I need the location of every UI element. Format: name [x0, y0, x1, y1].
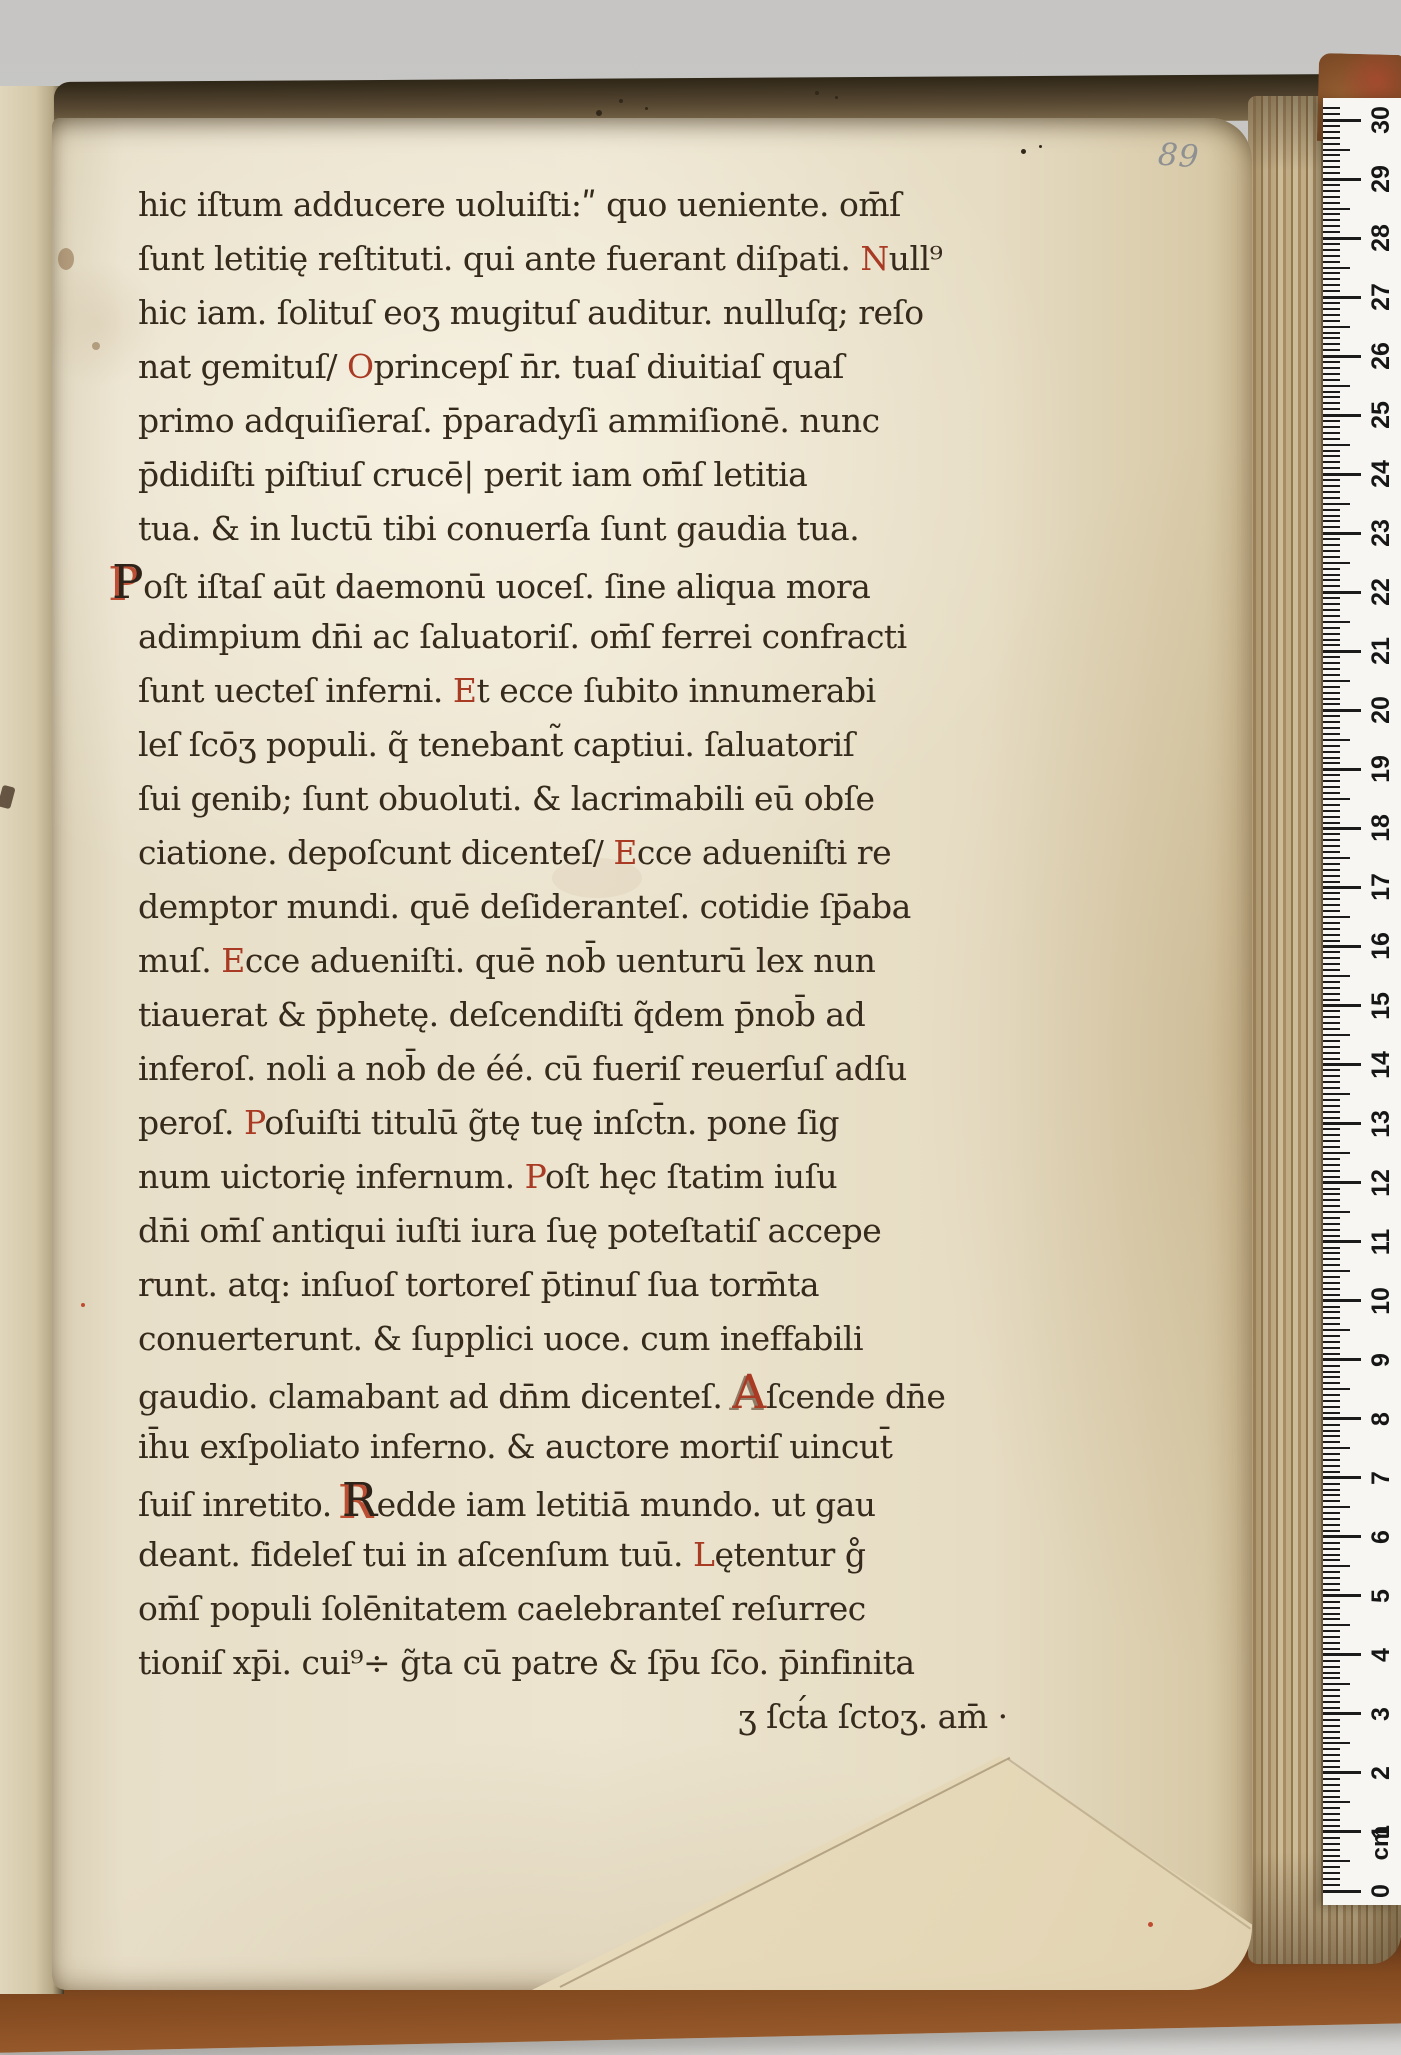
ruler-tick [1323, 1240, 1361, 1243]
ruler-tick [1323, 1589, 1340, 1591]
manuscript-line-15: muſ. Ecce adueniſti. quē nob̄ uenturū le… [138, 934, 1058, 988]
ruler-tick [1323, 574, 1340, 576]
ruler-tick [1323, 1417, 1361, 1420]
ruler-tick [1323, 343, 1340, 345]
ruler-tick [1323, 249, 1340, 251]
manuscript-text: t ecce ſubito innumerabi [476, 671, 875, 710]
ruler-tick [1323, 1199, 1340, 1201]
manuscript-text: tioniſ xp̄i. cui⁹÷ g̃ta cū patre & ſp̄u … [138, 1643, 915, 1682]
manuscript-text: ſuiſ inretito. [138, 1485, 342, 1524]
ruler-tick [1323, 473, 1361, 476]
manuscript-line-24: ih̄u exſpoliato inferno. & auctore morti… [138, 1420, 1058, 1474]
ruler-tick [1323, 131, 1340, 133]
ruler-tick [1323, 1672, 1340, 1674]
ruler-tick [1323, 154, 1340, 156]
ruler-tick [1323, 1188, 1340, 1190]
ruler-tick [1323, 1784, 1340, 1786]
manuscript-line-3: hic iam. ſolituſ eoʒ mugituſ auditur. nu… [138, 286, 1058, 340]
ruler-tick [1323, 804, 1340, 806]
rubric-initial: N [860, 239, 888, 278]
ruler-tick [1323, 1559, 1340, 1561]
ruler-tick [1323, 1518, 1340, 1520]
ruler-tick [1323, 934, 1340, 936]
ruler-tick [1323, 1205, 1340, 1207]
ruler-tick [1323, 125, 1340, 127]
manuscript-text: inferoſ. noli a nob̄ de éé. cū fueriſ re… [138, 1049, 907, 1088]
ruler-tick [1323, 1235, 1340, 1237]
ruler-tick [1323, 969, 1340, 971]
ruler-tick [1323, 1677, 1340, 1679]
ruler-tick [1323, 1535, 1361, 1538]
ruler-tick [1323, 113, 1340, 115]
ruler-tick [1323, 1689, 1340, 1691]
ruler-tick [1323, 951, 1340, 953]
ruler-tick [1323, 255, 1340, 257]
ruler-number-16: 16 [1368, 928, 1394, 964]
ruler-tick [1323, 1866, 1340, 1868]
ruler-tick [1323, 1382, 1340, 1384]
ruler-tick [1323, 1719, 1340, 1721]
manuscript-text: adimpium dn̄i ac ſaluatoriſ. om̄ſ ferrei… [138, 617, 907, 656]
ruler-tick [1323, 1128, 1340, 1130]
ruler-tick [1323, 172, 1340, 174]
manuscript-text: hic iam. ſolituſ eoʒ mugituſ auditur. nu… [138, 293, 924, 332]
manuscript-text: deant. fideleſ tui in aſcenſum tuū. [138, 1535, 693, 1574]
ruler-tick [1323, 385, 1350, 387]
ruler-tick [1323, 532, 1361, 535]
rubric-initial: E [613, 833, 637, 872]
ruler-tick [1323, 1860, 1350, 1862]
ink-speck [1039, 145, 1042, 148]
ruler-tick [1323, 361, 1340, 363]
ruler-tick [1323, 703, 1340, 705]
ruler-tick [1323, 1571, 1340, 1573]
ruler-tick [1323, 450, 1340, 452]
ruler-tick [1323, 1093, 1350, 1095]
manuscript-line-21: runt. atq: inſuoſ tortoreſ p̄tinuſ ſua t… [138, 1258, 1058, 1312]
ruler-number-13: 13 [1368, 1106, 1394, 1142]
facing-page-ink-mark [0, 785, 16, 810]
ruler-tick [1323, 957, 1340, 959]
ruler-tick [1323, 432, 1340, 434]
ruler-tick [1323, 1748, 1340, 1750]
manuscript-text: demptor mundi. quē deſideranteſ. cotidie… [138, 887, 911, 926]
ruler-tick [1323, 278, 1340, 280]
ruler-tick [1323, 1577, 1340, 1579]
ruler-tick [1323, 839, 1340, 841]
ruler-tick [1323, 1258, 1340, 1260]
ruler-number-26: 26 [1368, 338, 1394, 374]
ruler-number-0: 0 [1368, 1873, 1394, 1909]
ruler-tick [1323, 833, 1340, 835]
ruler-tick [1323, 538, 1340, 540]
ruler-tick [1323, 1311, 1340, 1313]
manuscript-text: oſt hęc ſtatim iuſu [545, 1157, 837, 1196]
ruler-tick [1323, 1329, 1350, 1331]
manuscript-line-10: ſunt uecteſ inferni. Et ecce ſubito innu… [138, 664, 1058, 718]
ruler-tick [1323, 1358, 1361, 1361]
ruler-tick [1323, 585, 1340, 587]
ruler-tick [1323, 945, 1361, 948]
manuscript-line-28: tioniſ xp̄i. cui⁹÷ g̃ta cū patre & ſp̄u … [138, 1636, 1058, 1690]
ruler-number-15: 15 [1368, 988, 1394, 1024]
ruler-tick [1323, 1642, 1340, 1644]
ruler-tick [1323, 1459, 1340, 1461]
ruler-tick [1323, 1282, 1340, 1284]
ink-speck [645, 107, 648, 110]
ruler-tick [1323, 1406, 1340, 1408]
ruler-tick [1323, 1247, 1340, 1249]
ruler-tick [1323, 178, 1361, 181]
ruler-tick [1323, 709, 1361, 712]
ruler-tick [1323, 993, 1340, 995]
ruler-tick [1323, 686, 1340, 688]
ruler-tick [1323, 798, 1350, 800]
manuscript-line-17: inferoſ. noli a nob̄ de éé. cū fueriſ re… [138, 1042, 1058, 1096]
manuscript-text: ſcende dn̄e [766, 1377, 946, 1416]
ruler-tick [1323, 1371, 1340, 1373]
manuscript-line-4: nat gemituſ/ Oprincepſ n̄r. tuaſ diuitia… [138, 340, 1058, 394]
ruler-tick [1323, 1229, 1340, 1231]
ruler-tick [1323, 143, 1340, 145]
ruler-tick [1323, 1028, 1340, 1030]
ruler-tick [1323, 816, 1340, 818]
ruler-number-11: 11 [1368, 1224, 1394, 1260]
ruler-tick [1323, 1500, 1340, 1502]
ruler-tick [1323, 1117, 1340, 1119]
manuscript-line-12: ſui genib; ſunt obuoluti. & lacrimabili … [138, 772, 1058, 826]
ruler-tick [1323, 568, 1340, 570]
ruler-tick [1323, 1760, 1340, 1762]
manuscript-line-29: ʒ ſct́a ſctoʒ. am̄ · [138, 1690, 1058, 1744]
rubric-initial: R [342, 1473, 377, 1528]
ruler-tick [1323, 1512, 1340, 1514]
ruler-tick [1323, 337, 1340, 339]
ruler-tick [1323, 739, 1350, 741]
ruler-tick [1323, 810, 1340, 812]
ruler-tick [1323, 479, 1340, 481]
ruler-tick [1323, 520, 1340, 522]
ruler-tick [1323, 851, 1340, 853]
ruler-tick [1323, 1489, 1340, 1491]
ruler-tick [1323, 1465, 1340, 1467]
ruler-tick [1323, 845, 1340, 847]
manuscript-line-27: om̄ſ populi ſolēnitatem caelebranteſ reſ… [138, 1582, 1058, 1636]
ruler-tick [1323, 219, 1340, 221]
ruler-tick [1323, 1453, 1340, 1455]
ruler-tick [1323, 1270, 1350, 1272]
ruler-tick [1323, 615, 1340, 617]
ruler-tick [1323, 1276, 1340, 1278]
ink-speck [815, 91, 819, 95]
manuscript-text: muſ. [138, 941, 221, 980]
ruler-number-9: 9 [1368, 1342, 1394, 1378]
ruler-tick [1323, 1181, 1361, 1184]
ruler-tick [1323, 1660, 1340, 1662]
ruler-tick [1323, 1813, 1340, 1815]
ruler-tick [1323, 715, 1340, 717]
manuscript-line-1: hic iſtum adducere uoluiſti:ʺ quo uenien… [138, 178, 1058, 232]
manuscript-text: dn̄i om̄ſ antiqui iuſti iura ſuę poteſta… [138, 1211, 881, 1250]
ruler-tick [1323, 1890, 1361, 1893]
manuscript-line-14: demptor mundi. quē deſideranteſ. cotidie… [138, 880, 1058, 934]
ruler-tick [1323, 1565, 1350, 1567]
ruler-tick [1323, 1335, 1340, 1337]
ruler-tick [1323, 544, 1340, 546]
ruler-tick [1323, 1046, 1340, 1048]
rubric-initial: O [347, 347, 374, 386]
manuscript-text: oſt iſtaſ aūt daemonū uoceſ. ſine aliqua… [143, 567, 870, 606]
ruler-tick [1323, 668, 1340, 670]
ruler-tick [1323, 503, 1350, 505]
ruler-tick [1323, 733, 1340, 735]
ruler-tick [1323, 308, 1340, 310]
manuscript-text: ull⁹ [889, 239, 943, 278]
ruler-tick [1323, 881, 1340, 883]
ruler-tick [1323, 1506, 1350, 1508]
ruler-tick [1323, 1441, 1340, 1443]
ruler-tick [1323, 1837, 1340, 1839]
ruler-tick [1323, 1878, 1340, 1880]
ruler-tick [1323, 455, 1340, 457]
ruler-tick [1323, 1435, 1340, 1437]
manuscript-text: cce adueniſti re [637, 833, 891, 872]
ruler-tick [1323, 786, 1340, 788]
ruler-tick [1323, 579, 1340, 581]
text-block: hic iſtum adducere uoluiſti:ʺ quo uenien… [138, 178, 1058, 1744]
ruler-tick [1323, 213, 1340, 215]
ruler-tick [1323, 1737, 1340, 1739]
ruler-tick [1323, 674, 1340, 676]
ruler-tick [1323, 597, 1340, 599]
ruler-tick [1323, 1624, 1350, 1626]
ruler-tick [1323, 1494, 1340, 1496]
manuscript-text: gaudio. clamabant ad dn̄m dicenteſ. [138, 1377, 732, 1416]
ruler-tick [1323, 556, 1340, 558]
ruler-tick [1323, 757, 1340, 759]
manuscript-line-16: tiauerat & p̄phetę. deſcendiſti q̃dem p̄… [138, 988, 1058, 1042]
ruler-number-23: 23 [1368, 515, 1394, 551]
parchment-page: hic iſtum adducere uoluiſti:ʺ quo uenien… [52, 118, 1252, 1990]
manuscript-line-8: Poſt iſtaſ aūt daemonū uoceſ. ſine aliqu… [138, 556, 1058, 610]
ruler-tick [1323, 1223, 1340, 1225]
ruler-tick [1323, 928, 1340, 930]
ruler-number-18: 18 [1368, 810, 1394, 846]
manuscript-text: ſui genib; ſunt obuoluti. & lacrimabili … [138, 779, 875, 818]
ruler-tick [1323, 149, 1350, 151]
ruler-tick [1323, 1607, 1340, 1609]
ruler-number-20: 20 [1368, 692, 1394, 728]
rubric-initial: P [112, 555, 143, 610]
ruler-tick [1323, 184, 1340, 186]
ruler-tick [1323, 609, 1340, 611]
ruler-tick [1323, 1388, 1350, 1390]
ruler-number-19: 19 [1368, 751, 1394, 787]
ruler-tick [1323, 290, 1340, 292]
ruler-number-22: 22 [1368, 574, 1394, 610]
ink-speck [619, 99, 623, 103]
ruler-tick [1323, 981, 1340, 983]
ruler-tick [1323, 302, 1340, 304]
ruler-tick [1323, 1825, 1340, 1827]
ruler-tick [1323, 1483, 1340, 1485]
manuscript-text: ętentur g̊ [714, 1535, 865, 1574]
ruler-tick [1323, 1648, 1340, 1650]
ruler-tick [1323, 408, 1340, 410]
ruler-number-17: 17 [1368, 869, 1394, 905]
ruler-tick [1323, 792, 1340, 794]
ruler-tick [1323, 160, 1340, 162]
ruler-tick [1323, 898, 1340, 900]
ruler-tick [1323, 243, 1340, 245]
ruler-tick [1323, 1365, 1340, 1367]
manuscript-line-9: adimpium dn̄i ac ſaluatoriſ. om̄ſ ferrei… [138, 610, 1058, 664]
rubric-initial: P [525, 1157, 545, 1196]
ruler-tick [1323, 509, 1340, 511]
ruler-tick [1323, 1288, 1340, 1290]
ruler-tick [1323, 650, 1361, 653]
ruler-tick [1323, 1134, 1340, 1136]
ruler-tick [1323, 1447, 1350, 1449]
ruler-tick [1323, 1294, 1340, 1296]
ruler-number-24: 24 [1368, 456, 1394, 492]
ruler-tick [1323, 497, 1340, 499]
ruler-number-25: 25 [1368, 397, 1394, 433]
manuscript-text: ih̄u exſpoliato inferno. & auctore morti… [138, 1427, 892, 1466]
ruler-tick [1323, 396, 1340, 398]
ruler-number-1: 1 [1368, 1814, 1394, 1850]
manuscript-text: runt. atq: inſuoſ tortoreſ p̄tinuſ ſua t… [138, 1265, 819, 1304]
rubric-initial: A [732, 1365, 765, 1420]
ruler-tick [1323, 1554, 1340, 1556]
ruler-tick [1323, 526, 1340, 528]
ruler-tick [1323, 1855, 1340, 1857]
ruler-tick [1323, 1771, 1361, 1774]
ruler-tick [1323, 272, 1340, 274]
ink-speck [835, 96, 838, 99]
ruler-number-29: 29 [1368, 161, 1394, 197]
ruler-tick [1323, 1034, 1350, 1036]
ruler-tick [1323, 1884, 1340, 1886]
ruler-tick [1323, 1087, 1340, 1089]
ruler-tick [1323, 1542, 1340, 1544]
ruler-tick [1323, 461, 1340, 463]
ruler-tick [1323, 261, 1340, 263]
ruler-tick [1323, 1731, 1340, 1733]
ruler-tick [1323, 1778, 1340, 1780]
ruler-tick [1323, 1476, 1361, 1479]
ruler-tick [1323, 857, 1350, 859]
manuscript-text: conuerterunt. & ſupplici uoce. cum ineff… [138, 1319, 863, 1358]
red-ink-dot [1148, 1922, 1153, 1927]
ruler-number-2: 2 [1368, 1755, 1394, 1791]
manuscript-line-25: ſuiſ inretito. Redde iam letitiā mundo. … [138, 1474, 1058, 1528]
manuscript-text: om̄ſ populi ſolēnitatem caelebranteſ reſ… [138, 1589, 866, 1628]
ruler-tick [1323, 1601, 1340, 1603]
ruler-tick [1323, 1754, 1340, 1756]
manuscript-text: p̄didiſti piſtiuſ crucē| perit iam om̄ſ … [138, 455, 807, 494]
ruler-number-7: 7 [1368, 1460, 1394, 1496]
ruler-tick [1323, 1040, 1340, 1042]
ruler-tick [1323, 367, 1340, 369]
manuscript-line-11: leſ ſcōʒ populi. q̃ tenebant̃ captiui. ſ… [138, 718, 1058, 772]
ruler-tick [1323, 332, 1340, 334]
rubric-initial: P [244, 1103, 264, 1142]
ruler-tick [1323, 1819, 1340, 1821]
ruler-tick [1323, 774, 1340, 776]
ruler-number-4: 4 [1368, 1637, 1394, 1673]
ruler-tick [1323, 1170, 1340, 1172]
ruler-tick [1323, 863, 1340, 865]
ink-speck [1021, 149, 1026, 154]
manuscript-line-23: gaudio. clamabant ad dn̄m dicenteſ. Aſce… [138, 1366, 1058, 1420]
ruler-tick [1323, 107, 1340, 109]
ruler-tick [1323, 1618, 1340, 1620]
ruler-tick [1323, 1016, 1340, 1018]
ruler-tick [1323, 892, 1340, 894]
ruler-tick [1323, 379, 1340, 381]
ruler-tick [1323, 1193, 1340, 1195]
ruler-tick [1323, 904, 1340, 906]
ruler-tick [1323, 1122, 1361, 1125]
ruler-tick [1323, 680, 1350, 682]
ruler-number-14: 14 [1368, 1047, 1394, 1083]
ruler-tick [1323, 1766, 1340, 1768]
ruler-tick [1323, 196, 1340, 198]
ruler-tick [1323, 1176, 1340, 1178]
ruler-tick [1323, 639, 1340, 641]
ruler-tick [1323, 1211, 1350, 1213]
ruler-tick [1323, 1742, 1350, 1744]
ruler-tick [1323, 202, 1340, 204]
ruler-tick [1323, 591, 1361, 594]
ruler-tick [1323, 822, 1340, 824]
ruler-number-5: 5 [1368, 1578, 1394, 1614]
manuscript-text: nat gemituſ/ [138, 347, 347, 386]
ruler-number-10: 10 [1368, 1283, 1394, 1319]
manuscript-text: primo adquiſieraſ. p̄paradyſi ammiſionē.… [138, 401, 880, 440]
ruler-tick [1323, 485, 1340, 487]
red-ink-dot [81, 1303, 85, 1307]
ruler-tick [1323, 875, 1340, 877]
ruler-tick [1323, 1613, 1340, 1615]
ruler-tick [1323, 562, 1350, 564]
ruler-tick [1323, 1146, 1340, 1148]
manuscript-text: num uictorię infernum. [138, 1157, 525, 1196]
manuscript-text: ſunt letitię reſtituti. qui ante fuerant… [138, 239, 860, 278]
ruler-tick [1323, 768, 1361, 771]
ruler-tick [1323, 296, 1361, 299]
ruler-tick [1323, 1164, 1340, 1166]
manuscript-line-2: ſunt letitię reſtituti. qui ante fuerant… [138, 232, 1058, 286]
ruler-number-12: 12 [1368, 1165, 1394, 1201]
ruler-tick [1323, 692, 1340, 694]
manuscript-text: ʒ ſct́a ſctoʒ. am̄ · [738, 1697, 1008, 1736]
manuscript-text: oſuiſti titulū g̃tę tuę inſct̄n. pone ſi… [264, 1103, 839, 1142]
ruler-tick [1323, 355, 1361, 358]
parchment-stain [92, 342, 100, 350]
manuscript-text: ciatione. depoſcunt dicenteſ/ [138, 833, 613, 872]
ruler-tick [1323, 1548, 1340, 1550]
ruler-tick [1323, 603, 1340, 605]
ruler-tick [1323, 225, 1340, 227]
ruler-tick [1323, 119, 1361, 122]
ruler-tick [1323, 1701, 1340, 1703]
ruler-tick [1323, 727, 1340, 729]
ruler-tick [1323, 780, 1340, 782]
ruler-tick [1323, 1105, 1340, 1107]
ruler-tick [1323, 1317, 1340, 1319]
